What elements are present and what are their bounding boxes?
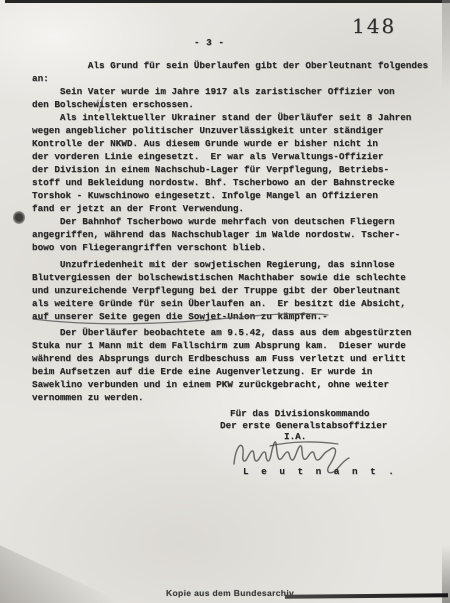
text-line: der Division in einem Nachschub-Lager fü… bbox=[32, 163, 428, 176]
text-line: Unzufriedenheit mit der sowjetischen Reg… bbox=[32, 258, 428, 271]
archive-caption-line bbox=[285, 593, 448, 598]
paragraph: Der Bahnhof Tscherbowo wurde mehrfach vo… bbox=[32, 215, 428, 254]
scan-corner-shadow bbox=[0, 535, 130, 603]
text-line: vernommen zu werden. bbox=[32, 391, 428, 404]
text-line: an: bbox=[32, 72, 428, 85]
folio-stamp-number: 148 bbox=[352, 15, 396, 37]
page-number: - 3 - bbox=[194, 36, 224, 49]
text-line: Torshok - Kuwschinowo eingesetzt. Infolg… bbox=[32, 189, 428, 202]
paragraph: Als intellektueller Ukrainer stand der Ü… bbox=[32, 111, 428, 215]
text-line: der vorderen Linie eingesetzt. Er war al… bbox=[32, 150, 428, 163]
text-line: bowo von Fliegerangriffen verschont blie… bbox=[32, 241, 428, 254]
text-line: als weitere Gründe für sein Überlaufen a… bbox=[32, 297, 428, 310]
pencil-underline bbox=[30, 311, 335, 329]
text-line: wegen angeblicher politischer Unzuverläs… bbox=[32, 124, 428, 137]
ink-blot bbox=[13, 211, 25, 224]
text-line: Blutvergiessen der bolschewistischen Mac… bbox=[32, 271, 428, 284]
text-line: und unzureichende Verpflegung bei der Tr… bbox=[32, 284, 428, 297]
scan-edge-top-bar bbox=[5, 0, 450, 3]
paragraph: Als Grund für sein Überlaufen gibt der O… bbox=[32, 59, 428, 85]
pencil-correction-marks bbox=[88, 90, 118, 114]
text-line: Stuka nur 1 Mann mit dem Fallschirm zum … bbox=[32, 339, 428, 352]
text-line: während des Absprungs durch Erdbeschuss … bbox=[32, 352, 428, 365]
scan-edge-right-top bbox=[442, 0, 450, 90]
text-line: angegriffen, während das Nachschublager … bbox=[32, 228, 428, 241]
text-line: fand er jetzt an der Front Verwendung. bbox=[32, 202, 428, 215]
text-line: Kontrolle der NKWD. Aus diesem Grunde wu… bbox=[32, 137, 428, 150]
paragraph: Der Überläufer beobachtete am 9.5.42, da… bbox=[32, 326, 428, 404]
text-line: Als Grund für sein Überlaufen gibt der O… bbox=[32, 59, 428, 72]
closing-rank: L e u t n a n t . bbox=[243, 466, 397, 478]
text-line: Der Bahnhof Tscherbowo wurde mehrfach vo… bbox=[32, 215, 428, 228]
text-line: Saweklino verbunden und in einem PKW zur… bbox=[32, 378, 428, 391]
scanned-document-page: - 3 - 148 Als Grund für sein Überlaufen … bbox=[0, 0, 450, 603]
archive-caption: Kopie aus dem Bundesarchiv bbox=[166, 588, 294, 599]
text-line: stoff und Bekleidung nordostw. Bhf. Tsch… bbox=[32, 176, 428, 189]
text-line: beim Aufsetzen auf die Erde eine Augenve… bbox=[32, 365, 428, 378]
closing-org-line: Für das Divisionskommando bbox=[230, 408, 369, 420]
